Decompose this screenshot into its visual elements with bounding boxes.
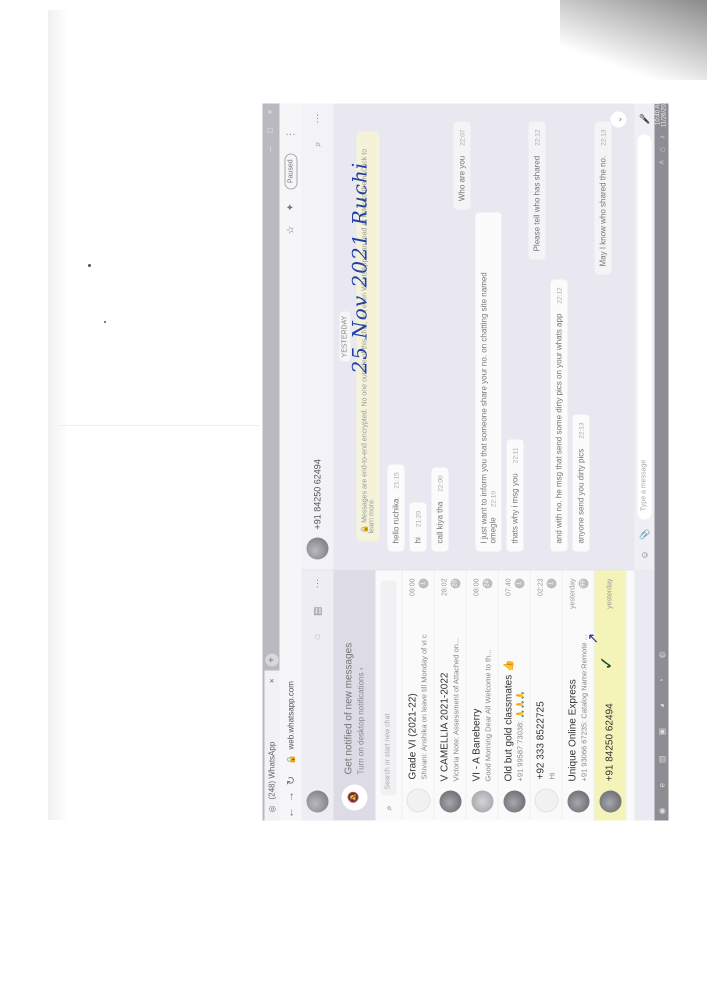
reload-icon[interactable]: ↻ xyxy=(284,772,297,788)
message-row: thats why i msg you22:11 xyxy=(506,121,528,551)
search-icon: ⌕ xyxy=(383,805,394,810)
unread-badge: 24 xyxy=(482,578,492,588)
chat-avatar xyxy=(439,790,461,812)
message-row: hello ruchika21:15 xyxy=(387,121,409,551)
chat-name: VI - A Baneberry xyxy=(471,708,482,781)
handwritten-arrow: ↗ xyxy=(584,632,601,644)
outgoing-message[interactable]: May I know who shared the no.22:13 xyxy=(594,121,611,274)
message-text: hi xyxy=(413,537,422,543)
browser-tabbar: ◎ (248) WhatsApp × + – □ × xyxy=(262,103,279,820)
chat-list-item[interactable]: VI - A Baneberry08:00 Good Morning Dear … xyxy=(466,570,498,820)
chat-name: V CAMELLIA 2021-2022 xyxy=(439,672,450,781)
message-composer: ☺ 📎 Type a message 🎤 xyxy=(634,103,654,569)
forward-icon[interactable]: → xyxy=(284,788,296,804)
handwritten-annotation: 25 Nov 2021 Ruchi xyxy=(347,161,371,373)
handwritten-check-mark: ✓ xyxy=(596,655,617,670)
message-time: 22:13 xyxy=(600,129,607,145)
menu-icon[interactable]: ⋯ xyxy=(312,578,323,588)
volume-icon[interactable]: ♪ xyxy=(657,135,666,139)
windows-taskbar: ◉ e ▤ ▣ ◕ ◔ ◍ ˄ ⌂ ♪ 10:40 AM 11/26/2021 xyxy=(654,103,668,820)
message-time: 22:13 xyxy=(578,422,585,438)
chat-avatar xyxy=(471,790,493,812)
chat-time: 07:40 xyxy=(505,578,512,596)
minimize-icon[interactable]: – xyxy=(265,147,274,151)
tray-up-icon[interactable]: ˄ xyxy=(657,159,666,164)
back-icon[interactable]: ← xyxy=(284,804,296,820)
enable-notifications-link[interactable]: Turn on desktop notifications › xyxy=(356,642,365,774)
message-time: 22:10 xyxy=(490,490,497,506)
chat-name: Grade VI (2021-22) xyxy=(407,693,418,779)
attach-icon[interactable]: 📎 xyxy=(639,529,650,540)
chat-time: 08:00 xyxy=(473,578,480,596)
message-time: 22:12 xyxy=(556,287,563,303)
chat-list-item[interactable]: +92 333 852272502:23 Hi1 xyxy=(530,570,562,820)
incoming-message[interactable]: I just want to inform you that someone s… xyxy=(475,213,501,552)
chat-time: yesterday xyxy=(569,578,576,608)
incoming-message[interactable]: thats why i msg you22:11 xyxy=(506,439,523,551)
incoming-message[interactable]: hello ruchika21:15 xyxy=(387,464,404,551)
message-text: Please tell who has shared xyxy=(532,155,541,251)
chat-time: 02:23 xyxy=(537,578,544,596)
start-icon[interactable]: ◉ xyxy=(657,807,666,814)
app-icon[interactable]: ◍ xyxy=(657,651,666,658)
chat-avatar xyxy=(503,790,525,812)
message-text: hello ruchika xyxy=(391,498,400,543)
scan-edge xyxy=(48,10,68,820)
lock-icon: 🔒 xyxy=(286,754,295,764)
menu-icon[interactable]: ⋮ xyxy=(285,129,296,139)
chrome-icon[interactable]: ◕ xyxy=(657,703,666,708)
url-text: web.whatsapp.com xyxy=(286,681,295,749)
chat-time: 28:02 xyxy=(441,578,448,596)
close-tab-icon[interactable]: × xyxy=(267,678,276,683)
unread-badge: 20 xyxy=(450,578,460,588)
scan-corner-shadow xyxy=(560,0,707,80)
chat-time: 09:00 xyxy=(409,578,416,596)
message-text: anyone send you dirty pics xyxy=(576,448,585,543)
scan-speck xyxy=(88,264,91,267)
browser-toolbar: ← → ↻ 🔒 web.whatsapp.com ☆ ✦ Paused ⋮ xyxy=(279,103,301,820)
chat-avatar xyxy=(534,788,558,812)
new-chat-icon[interactable]: ▤ xyxy=(312,606,323,615)
chat-avatar xyxy=(406,788,430,812)
message-text: and with no. he msg that send some dirty… xyxy=(554,313,563,543)
message-time: 22:12 xyxy=(534,129,541,145)
chat-preview: +91 99587 73038: 🙏🙏🙏 xyxy=(515,690,524,781)
clock[interactable]: 10:40 AM 11/26/2021 xyxy=(655,103,667,127)
outgoing-message[interactable]: Please tell who has shared22:12 xyxy=(528,121,545,259)
message-input[interactable]: Type a message xyxy=(637,134,651,518)
conversation-panel: +91 84250 62494 ⌕ ⋯ YESTERDAY 🔒 Messages… xyxy=(301,103,634,569)
star-icon[interactable]: ☆ xyxy=(285,225,296,234)
chat-name: +92 333 8522725 xyxy=(535,701,546,779)
message-row: May I know who shared the no.22:13 xyxy=(594,121,616,551)
search-bar: ⌕ Search or start new chat xyxy=(375,570,402,820)
chat-list-item-selected[interactable]: +91 84250 62494yesterday ✓ ↗ xyxy=(594,570,626,820)
paper-fold xyxy=(60,425,260,426)
incoming-message[interactable]: call kiya tha22:00 xyxy=(431,467,448,551)
tab-title: (248) WhatsApp xyxy=(267,741,276,799)
message-text: call kiya tha xyxy=(435,501,444,543)
chat-list-panel: ◌ ▤ ⋯ 🔕 Get notified of new messages Tur… xyxy=(301,569,634,820)
status-icon[interactable]: ◌ xyxy=(312,633,323,639)
message-list: YESTERDAY 🔒 Messages are end-to-end encr… xyxy=(333,103,622,569)
conversation-header: +91 84250 62494 ⌕ ⋯ xyxy=(301,103,333,569)
message-row: anyone send you dirty pics22:13 xyxy=(572,121,594,551)
unread-badge: 1 xyxy=(514,578,524,588)
address-bar[interactable]: 🔒 web.whatsapp.com xyxy=(282,384,298,764)
incoming-message[interactable]: anyone send you dirty pics22:13 xyxy=(572,414,589,551)
message-time: 22:00 xyxy=(437,475,444,491)
chat-name: +91 84250 62494 xyxy=(604,703,615,781)
message-row: Please tell who has shared22:12 xyxy=(528,121,550,551)
message-time: 21:15 xyxy=(393,472,400,488)
chat-time: yesterday xyxy=(606,578,613,608)
window-controls: – □ × xyxy=(265,109,274,151)
search-icon[interactable]: ⌕ xyxy=(312,141,323,147)
search-input[interactable]: Search or start new chat xyxy=(380,580,396,795)
unread-badge: 99 xyxy=(578,578,588,588)
message-row: Who are you22:07 xyxy=(453,121,475,551)
toolbar-icons: ☆ ✦ Paused ⋮ xyxy=(284,129,297,234)
bell-off-icon: 🔕 xyxy=(341,784,367,810)
chat-name: Unique Online Express xyxy=(567,679,578,781)
edge-icon[interactable]: e xyxy=(657,783,666,787)
notification-banner[interactable]: 🔕 Get notified of new messages Turn on d… xyxy=(333,570,375,820)
message-time: 22:07 xyxy=(459,129,466,145)
chat-list-item[interactable]: Old but gold classmates 👍07:40 +91 99587… xyxy=(498,570,530,820)
extension-icon[interactable]: ✦ xyxy=(285,203,296,211)
chat-avatar xyxy=(567,790,589,812)
user-avatar[interactable] xyxy=(306,790,328,812)
whatsapp-screenshot: ◎ (248) WhatsApp × + – □ × ← → ↻ 🔒 web.w… xyxy=(262,103,668,820)
chat-preview: Good Morning Dear All Welcome to th... xyxy=(483,649,492,781)
chat-preview: +91 93066 67235: Catalog Name:Remote ... xyxy=(579,634,588,781)
message-time: 21:20 xyxy=(415,510,422,526)
message-text: Who are you xyxy=(457,155,466,200)
chat-avatar xyxy=(599,790,621,812)
media-icon[interactable]: ▣ xyxy=(657,727,666,735)
browser-tab[interactable]: ◎ (248) WhatsApp × xyxy=(264,670,279,820)
chat-name: Old but gold classmates 👍 xyxy=(503,659,514,781)
close-window-icon[interactable]: × xyxy=(265,109,274,114)
outgoing-message[interactable]: Who are you22:07 xyxy=(453,121,470,209)
scan-speck xyxy=(104,321,106,323)
message-row: and with no. he msg that send some dirty… xyxy=(550,121,572,551)
incoming-message[interactable]: hi21:20 xyxy=(409,502,426,551)
message-text: thats why i msg you xyxy=(510,473,519,543)
new-tab-button[interactable]: + xyxy=(265,653,278,666)
unread-badge: 1 xyxy=(546,578,556,588)
message-row: call kiya tha22:00 xyxy=(431,121,453,551)
contact-avatar[interactable] xyxy=(306,537,328,559)
chat-list-item[interactable]: V CAMELLIA 2021-202228:02 Victoria Note:… xyxy=(434,570,466,820)
system-tray: ˄ ⌂ ♪ 10:40 AM 11/26/2021 xyxy=(655,103,667,164)
message-row: hi21:20 xyxy=(409,121,431,551)
profile-paused-button[interactable]: Paused xyxy=(284,153,297,189)
microphone-icon[interactable]: 🎤 xyxy=(639,113,650,124)
maximize-icon[interactable]: □ xyxy=(265,128,274,133)
message-text: May I know who shared the no. xyxy=(598,155,607,266)
chrome-icon[interactable]: ◔ xyxy=(657,678,666,683)
scroll-down-button[interactable]: ⌄ xyxy=(610,111,626,127)
chat-preview: Shivani: Anshika on leave till Monday of… xyxy=(419,634,428,779)
unread-badge: 1 xyxy=(418,578,428,588)
sidebar-header: ◌ ▤ ⋯ xyxy=(301,570,333,820)
incoming-message[interactable]: and with no. he msg that send some dirty… xyxy=(550,279,567,551)
notification-title: Get notified of new messages xyxy=(343,642,354,774)
chat-preview: Victoria Note: Assessment of Attached on… xyxy=(451,637,460,781)
network-icon[interactable]: ⌂ xyxy=(657,147,666,152)
contact-name[interactable]: +91 84250 62494 xyxy=(312,459,322,529)
chat-preview: Hi xyxy=(547,772,556,779)
chat-list-item[interactable]: Grade VI (2021-22)09:00 Shivani: Anshika… xyxy=(402,570,434,820)
file-explorer-icon[interactable]: ▤ xyxy=(657,755,666,763)
whatsapp-icon: ◎ xyxy=(267,805,276,812)
emoji-icon[interactable]: ☺ xyxy=(639,550,649,559)
message-time: 22:11 xyxy=(512,447,519,463)
chat-list-item[interactable]: Unique Online Expressyesterday +91 93066… xyxy=(562,570,594,820)
message-row: I just want to inform you that someone s… xyxy=(475,121,506,551)
menu-icon[interactable]: ⋯ xyxy=(312,113,323,123)
